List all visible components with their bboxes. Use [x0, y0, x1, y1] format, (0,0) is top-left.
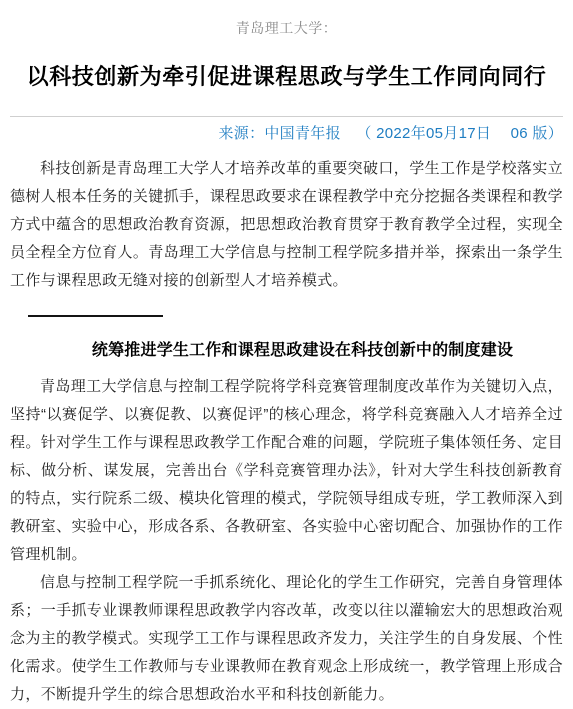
- article-title: 以科技创新为牵引促进课程思政与学生工作同向同行: [10, 63, 563, 91]
- intro-paragraph: 科技创新是青岛理工大学人才培养改革的重要突破口，学生工作是学校落实立德树人根本任…: [10, 155, 563, 295]
- source-edition: 06 版）: [511, 125, 563, 142]
- section-divider: [28, 315, 163, 317]
- body-paragraph: 信息与控制工程学院一手抓系统化、理论化的学生工作研究，完善自身管理体系；一手抓专…: [10, 569, 563, 709]
- publisher-label: 青岛理工大学：: [10, 0, 563, 36]
- section-heading: 统筹推进学生工作和课程思政建设在科技创新中的制度建设: [10, 340, 563, 362]
- source-label: 来源：中国青年报: [218, 125, 340, 142]
- source-line: 来源：中国青年报 （ 2022年05月17日 06 版）: [10, 125, 563, 142]
- article-page: 青岛理工大学： 以科技创新为牵引促进课程思政与学生工作同向同行 来源：中国青年报…: [0, 0, 573, 709]
- body-paragraph: 青岛理工大学信息与控制工程学院将学科竞赛管理制度改革作为关键切入点，坚持“以赛促…: [10, 373, 563, 569]
- source-date: （ 2022年05月17日: [356, 125, 491, 142]
- header-rule: [10, 116, 563, 117]
